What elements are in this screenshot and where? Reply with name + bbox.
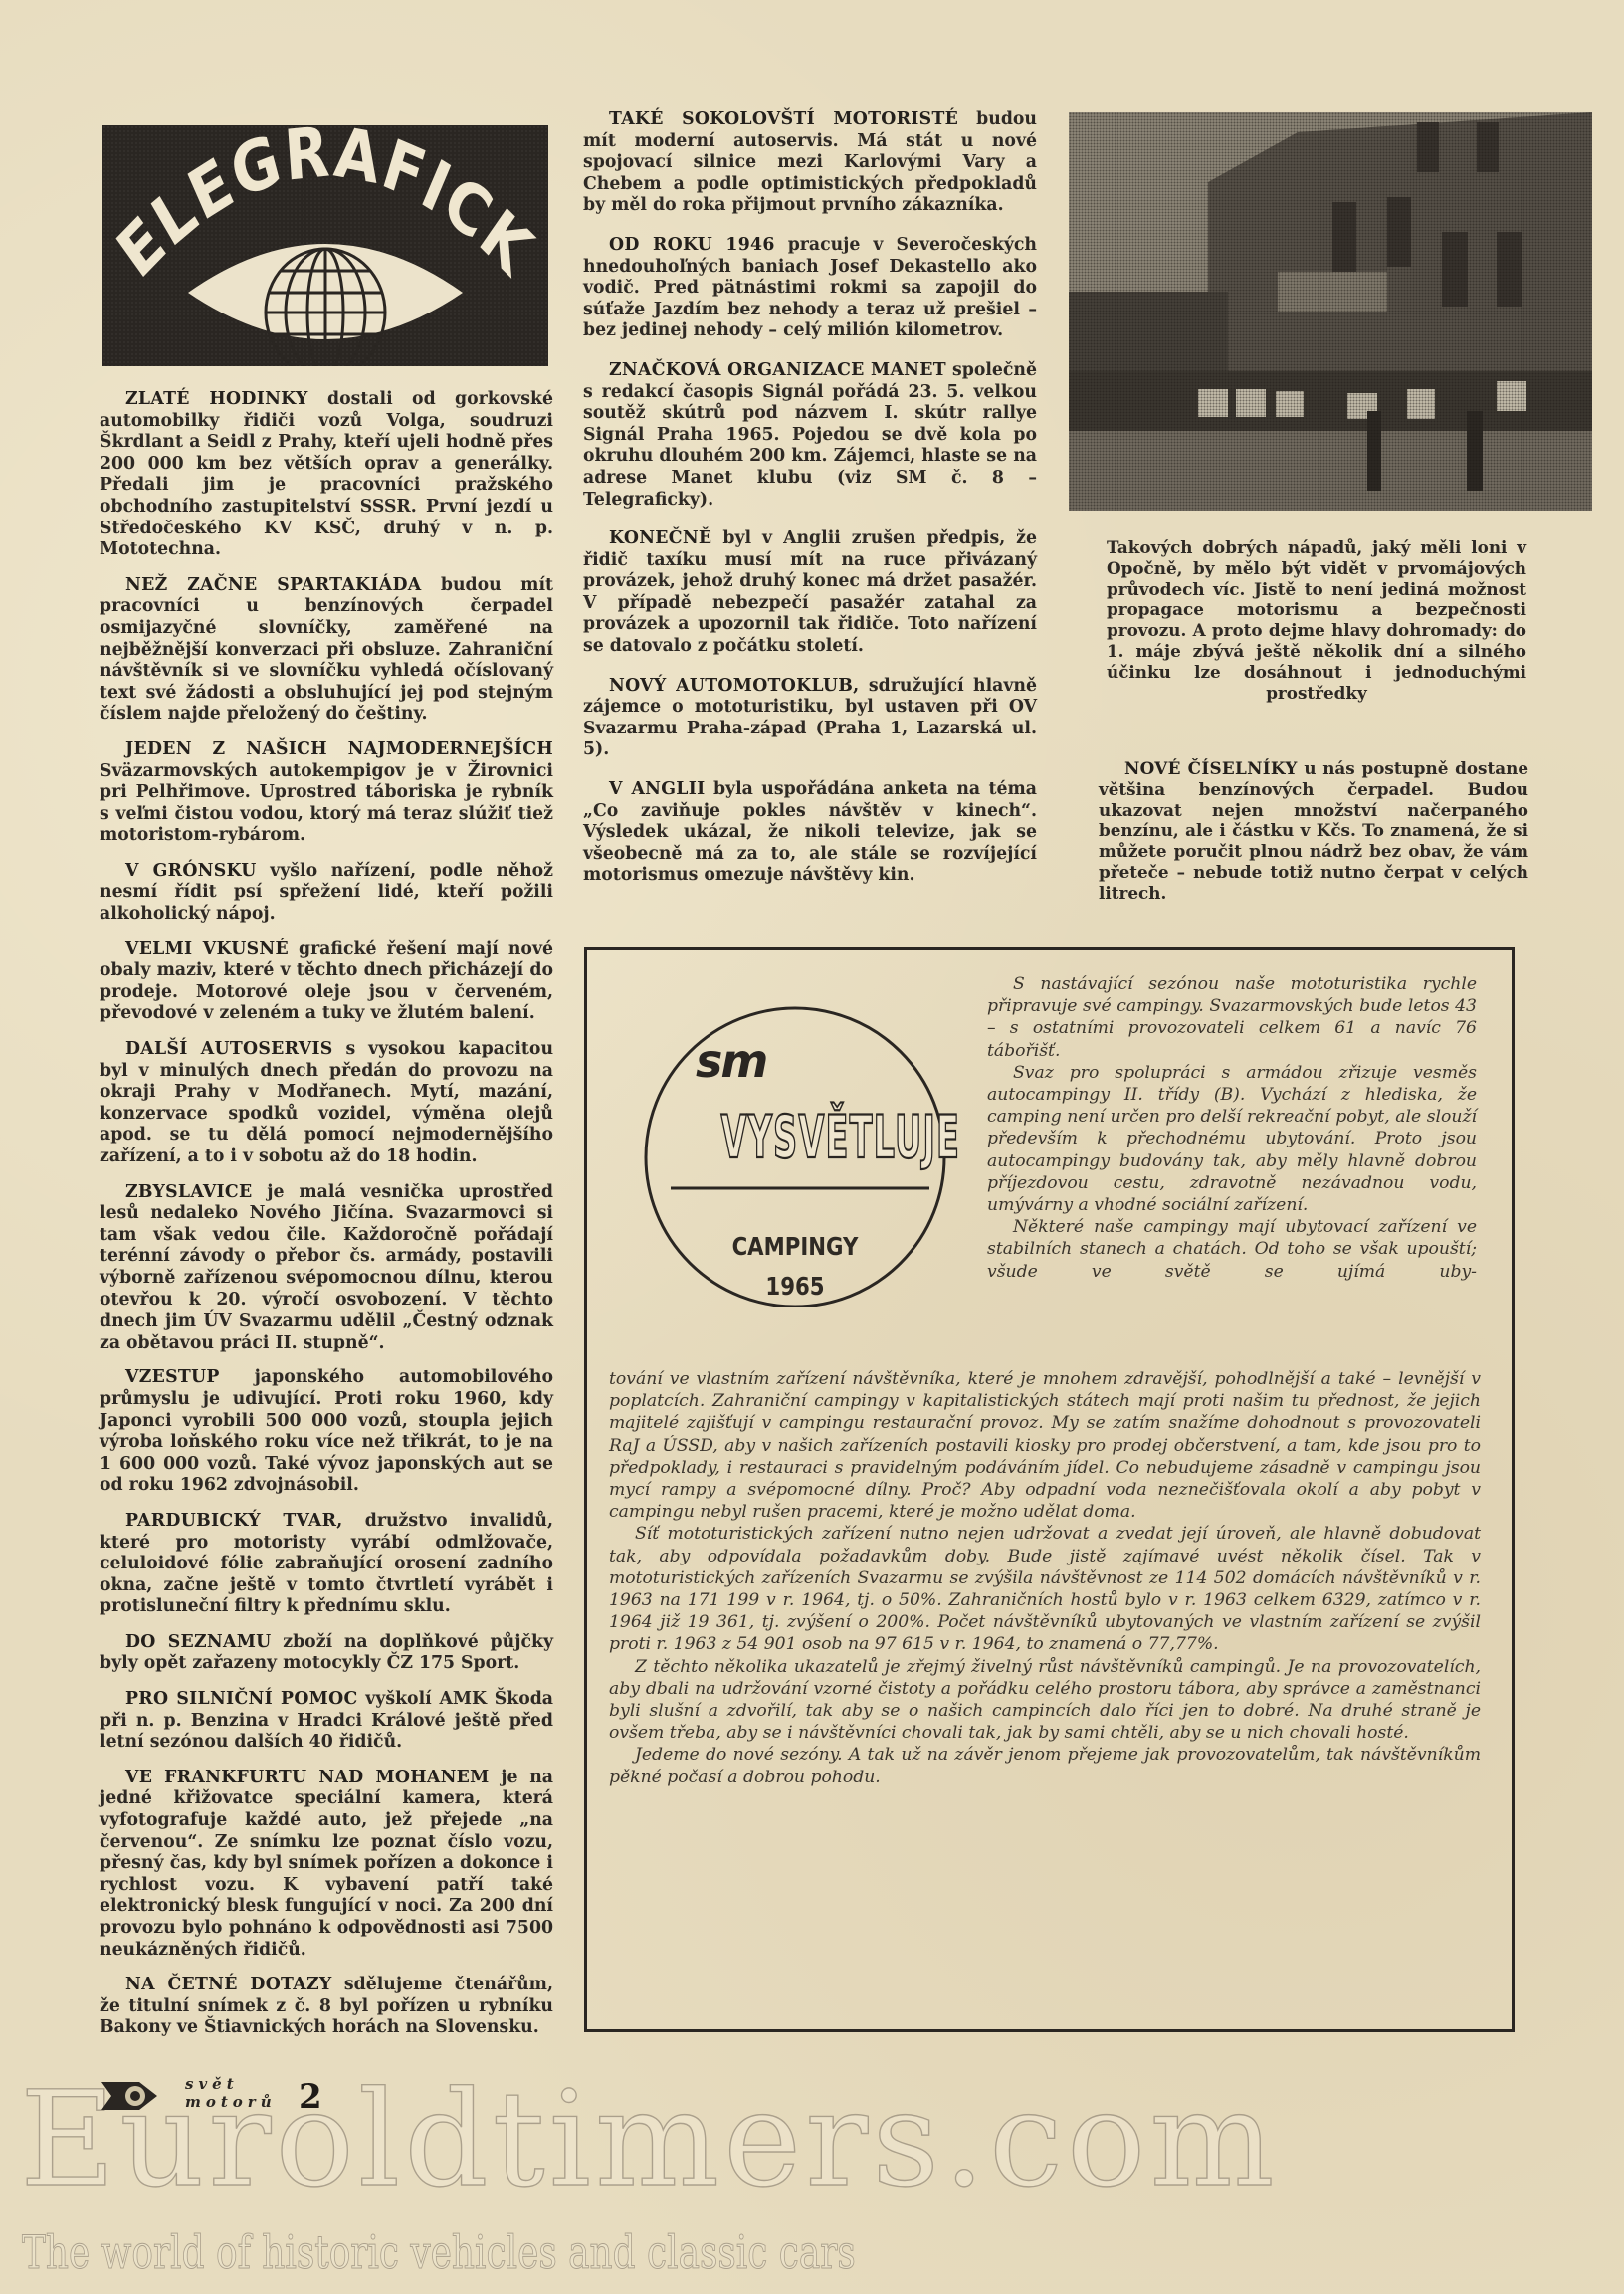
telegraficky-logo: TELEGRAFICKY [102, 125, 548, 366]
news-item: NEŽ ZAČNE SPARTAKIÁDA budou mít pracovní… [100, 575, 553, 726]
news-item: OD ROKU 1946 pracuje v Severočeských hne… [583, 235, 1037, 342]
news-item: ZNAČKOVÁ ORGANIZACE MANET společně s red… [583, 360, 1037, 511]
news-item: V ANGLII byla uspořádána anketa na téma … [583, 779, 1037, 887]
camping-paragraph: Síť mototuristických zařízení nutno neje… [609, 1523, 1481, 1655]
news-item: PRO SILNIČNÍ POMOC vyškolí AMK Škoda při… [100, 1689, 553, 1754]
camping-text-wide: tování ve vlastním zařízení návštěvníka,… [609, 1368, 1481, 1788]
badge-subtitle: CAMPINGY [664, 1233, 926, 1261]
eye-with-globe-icon: TELEGRAFICKY [102, 125, 548, 366]
middle-news-column: TAKÉ SOKOLOVŠTÍ MOTORISTÉ budou mít mode… [583, 109, 1037, 901]
sm-brand: sm [696, 1036, 766, 1086]
photo-caption-text: Takových dobrých nápadů, jaký měli loni … [1107, 537, 1526, 703]
badge-year: 1965 [664, 1273, 926, 1301]
camping-paragraph: Z těchto několika ukazatelů je zřejmý ži… [609, 1656, 1481, 1745]
parade-photo [1069, 112, 1592, 511]
news-item: PARDUBICKÝ TVAR, družstvo invalidů, kter… [100, 1511, 553, 1618]
magazine-name-line1: svět [185, 2075, 239, 2093]
news-item: JEDEN Z NAŠICH NAJMODERNEJŠÍCH Sväzarmov… [100, 739, 553, 847]
left-news-column: ZLATÉ HODINKY dostali od gorkovské autom… [100, 389, 553, 2053]
news-item: VZESTUP japonského automobilového průmys… [100, 1367, 553, 1497]
news-item: DO SEZNAMU zboží na doplňkové půjčky byl… [100, 1632, 553, 1675]
camping-paragraph: tování ve vlastním zařízení návštěvníka,… [609, 1368, 1481, 1523]
news-item: DALŠÍ AUTOSERVIS s vysokou kapacitou byl… [100, 1039, 553, 1168]
photo-caption: Takových dobrých nápadů, jaký měli loni … [1107, 537, 1526, 717]
camping-paragraph: Svaz pro spolupráci s armádou zřizuje ve… [987, 1062, 1477, 1216]
news-item: V GRÓNSKU vyšlo nařízení, podle něhož ne… [100, 861, 553, 926]
news-item: NOVÉ ČÍSELNÍKY u nás postupně dostane vě… [1099, 758, 1528, 904]
vysvetluje-title: VYSVĚTLUJE [720, 1088, 879, 1187]
camping-paragraph: S nastávající sezónou naše mototuristika… [987, 973, 1477, 1062]
news-item: NOVÝ AUTOMOTOKLUB, sdružující hlavně záj… [583, 676, 1037, 761]
magazine-footer: svět motorů 2 [100, 2075, 338, 2125]
news-item: KONEČNĚ byl v Anglii zrušen předpis, že … [583, 528, 1037, 658]
news-item: TAKÉ SOKOLOVŠTÍ MOTORISTÉ budou mít mode… [583, 109, 1037, 217]
camping-paragraph: Některé naše campingy mají ubytovací zař… [987, 1216, 1477, 1283]
halftone-overlay [1069, 112, 1592, 511]
news-item: NA ČETNÉ DOTAZY sdělujeme čtenářům, že t… [100, 1975, 553, 2039]
svet-motoru-logo-icon [100, 2079, 161, 2113]
news-item: ZBYSLAVICE je malá vesnička uprostřed le… [100, 1182, 553, 1355]
news-item: VE FRANKFURTU NAD MOHANEM je na jedné kř… [100, 1768, 553, 1961]
news-item: ZLATÉ HODINKY dostali od gorkovské autom… [100, 389, 553, 561]
news-item: VELMI VKUSNÉ grafické řešení mají nové o… [100, 939, 553, 1025]
right-news-item: NOVÉ ČÍSELNÍKY u nás postupně dostane vě… [1099, 758, 1528, 918]
magazine-name-line2: motorů [185, 2093, 277, 2111]
camping-paragraph: Jedeme do nové sezóny. A tak už na závěr… [609, 1744, 1481, 1787]
camping-text-narrow: S nastávající sezónou naše mototuristika… [987, 973, 1477, 1283]
watermark-tagline: The world of historic vehicles and class… [22, 2227, 856, 2277]
page-number: 2 [299, 2077, 322, 2117]
sm-vysvetluje-badge: sm VYSVĚTLUJE CAMPINGY 1965 [641, 998, 949, 1307]
